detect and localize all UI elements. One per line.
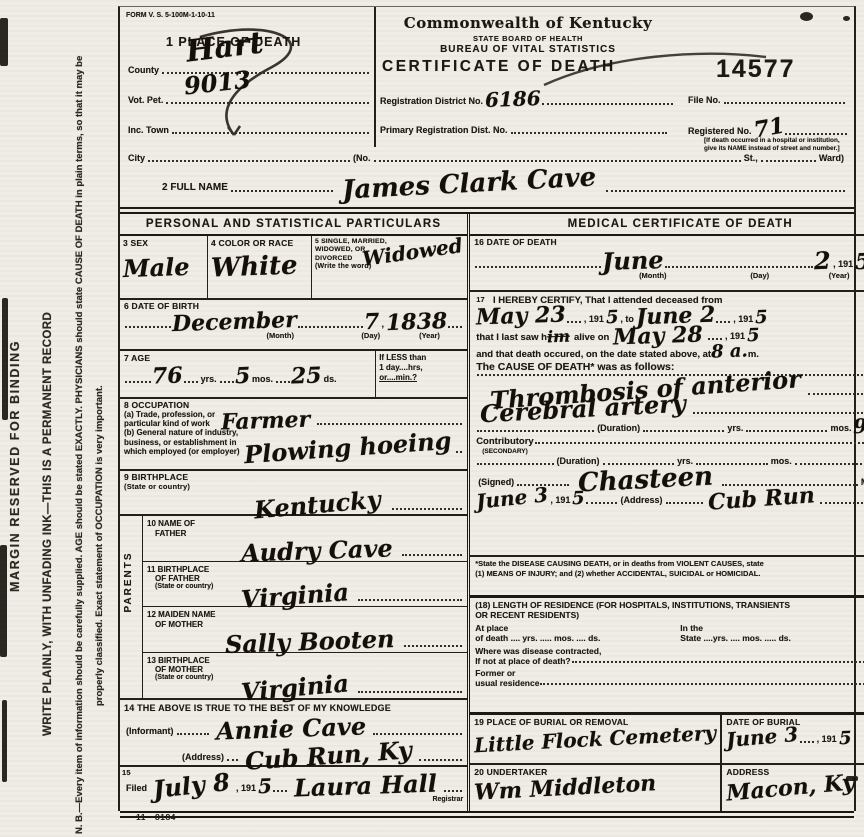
signed-date-handwriting: June 3	[475, 486, 549, 510]
duration-caption-2: (Duration)	[557, 456, 600, 466]
duration-mos-caption-2: mos.	[771, 456, 792, 466]
inc-town-label: Inc. Town	[128, 125, 169, 135]
city-line	[148, 160, 350, 162]
informant-field: (Informant) Annie Cave	[124, 719, 463, 737]
date-of-death-label: 16 DATE OF DEATH	[474, 237, 864, 247]
primary-registration-field: Primary Registration Dist. No.	[378, 125, 668, 137]
age-label: 7 AGE	[124, 353, 371, 363]
signed-year-handwriting: 5	[572, 491, 585, 507]
registrar-signature-handwriting: Laura Hall	[294, 774, 438, 799]
death-month-handwriting: June	[602, 250, 664, 273]
birth-day-handwriting: 7	[364, 312, 380, 331]
saw-label-2: alive on	[574, 332, 609, 343]
informant-address-field: (Address) Cub Run, Ky	[180, 746, 463, 764]
age-years-handwriting: 76	[152, 367, 183, 387]
disease-contracted-label-2: If not at place of death?	[475, 656, 570, 666]
birth-month-handwriting: December	[172, 310, 297, 333]
father-birthplace-label-2: OF FATHER	[155, 574, 213, 583]
full-name-handwriting: James Clark Cave	[342, 166, 597, 201]
certificate-form: FORM V. S. 5-100M-1-10-11 1 PLACE OF DEA…	[118, 6, 856, 811]
day-caption: (Day)	[361, 331, 380, 340]
mother-name-label-1: 12 MAIDEN NAME	[147, 610, 215, 619]
in-state-label-2: State	[680, 633, 701, 643]
parents-label: PARENTS	[123, 552, 134, 613]
filed-label: Filed	[126, 783, 147, 793]
bureau-subtitle: BUREAU OF VITAL STATISTICS	[378, 44, 678, 55]
informant-handwriting: Annie Cave	[216, 717, 367, 743]
contributory-line: Contributory	[476, 436, 864, 447]
occupation-a-label-1: (a) Trade, profession, or	[124, 410, 215, 419]
father-birthplace-handwriting: Virginia	[240, 582, 349, 610]
street-no-line	[374, 160, 741, 162]
length-of-residence-section: (18) LENGTH OF RESIDENCE (FOR HOSPITALS,…	[470, 598, 864, 715]
occupation-row: 8 OCCUPATION (a) Trade, profession, or p…	[120, 399, 467, 471]
occupation-b-label-2: business, or establishment in	[124, 438, 240, 447]
sex-cell: 3 SEX Male	[120, 236, 208, 298]
undertaker-handwriting: Wm Middleton	[474, 774, 657, 802]
file-no-line	[724, 102, 845, 104]
state-board-subtitle: STATE BOARD OF HEALTH	[378, 34, 678, 43]
city-label: City	[128, 153, 145, 163]
city-field: City (No. St., Ward)	[126, 153, 846, 165]
burial-row: 19 PLACE OF BURIAL OR REMOVAL Little Flo…	[470, 715, 864, 765]
signed-address-caption: (Address)	[620, 495, 662, 505]
occupation-b-label-3: which employed (or employer)	[124, 447, 240, 456]
death-day-handwriting: 2	[814, 251, 831, 272]
duration-yrs-caption: yrs.	[727, 423, 743, 433]
mother-birthplace-label-1: 13 BIRTHPLACE	[147, 656, 213, 665]
filed-year-handwriting: 5	[258, 777, 273, 794]
less-note-1: If LESS than	[379, 353, 464, 363]
form-code: FORM V. S. 5-100M-1-10-11	[126, 12, 215, 19]
at-place-label-1: At place	[475, 623, 680, 633]
undertaker-row: 20 UNDERTAKER Wm Middleton ADDRESS Macon…	[470, 765, 864, 811]
form-stock-number: 11—8184	[136, 812, 176, 822]
registration-district-label: Registration District No.	[380, 96, 483, 106]
died-m-label: m.	[748, 349, 759, 360]
county-handwriting: Hart	[185, 30, 265, 65]
died-label: and that death occured, on the date stat…	[476, 349, 711, 360]
certificate-title: CERTIFICATE OF DEATH	[382, 58, 616, 76]
birthplace-label: 9 BIRTHPLACE	[124, 472, 234, 482]
undertaker-address-cell: ADDRESS Macon, Ky	[722, 765, 864, 811]
registration-district-field: Registration District No. 6186	[378, 91, 674, 108]
occupation-a-handwriting: Farmer	[221, 410, 311, 432]
father-birthplace-row: 11 BIRTHPLACE OF FATHER (State or countr…	[143, 562, 467, 608]
mother-name-label-2: OF MOTHER	[155, 620, 215, 629]
date-of-birth-row: 6 DATE OF BIRTH December 7 , 1838 (Month…	[120, 300, 467, 352]
to-year-handwriting: 5	[755, 310, 768, 326]
undertaker-cell: 20 UNDERTAKER Wm Middleton	[470, 765, 722, 811]
filed-number: 15	[122, 768, 131, 777]
voting-precinct-line	[166, 102, 369, 104]
duration-mos-caption: mos.	[830, 423, 851, 433]
ds-caption: ds.	[324, 374, 337, 384]
informant-caption: (Informant)	[126, 726, 174, 736]
father-name-row: 10 NAME OF FATHER Audry Cave	[143, 516, 467, 562]
date-of-death-row: 16 DATE OF DEATH June 2 , 191 5 (Month) …	[470, 236, 864, 292]
from-year-printed: , 191	[584, 314, 604, 324]
parents-strip: PARENTS	[120, 516, 143, 698]
death-date-captions: (Month) (Day) (Year)	[474, 271, 864, 281]
mother-birthplace-row: 13 BIRTHPLACE OF MOTHER (State or countr…	[143, 653, 467, 698]
primary-registration-label: Primary Registration Dist. No.	[380, 125, 508, 135]
filed-row: 15 Filed July 8 , 191 5 Laura Hall Regis…	[120, 767, 467, 811]
cause-footnote: *State the DISEASE CAUSING DEATH, or in …	[470, 557, 864, 598]
occupation-a-label-2: particular kind of work	[124, 419, 215, 428]
occupation-b-handwriting: Plowing hoeing	[243, 430, 452, 465]
registration-district-line	[542, 103, 673, 105]
to-year-printed: , 191	[733, 314, 753, 324]
scan-artifact	[0, 18, 8, 66]
parents-section: PARENTS 10 NAME OF FATHER Audry Cave	[120, 516, 467, 700]
birth-year-printed: ,	[381, 319, 384, 329]
birth-year-handwriting: 1838	[386, 311, 448, 332]
county-label: County	[128, 65, 159, 75]
medical-certificate-header: MEDICAL CERTIFICATE OF DEATH	[470, 214, 864, 236]
mother-birthplace-sublabel: (State or country)	[155, 674, 213, 682]
inc-town-line	[172, 132, 369, 134]
voting-precinct-field: Vot. Pet.	[126, 95, 370, 107]
street-no-label: (No.	[353, 153, 371, 163]
undertaker-address-handwriting: Macon, Ky	[726, 773, 856, 803]
primary-registration-line	[511, 132, 667, 134]
former-residence-label-2: usual residence	[475, 678, 539, 688]
personal-particulars-header: PERSONAL AND STATISTICAL PARTICULARS	[120, 214, 467, 236]
mother-name-row: 12 MAIDEN NAME OF MOTHER Sally Booten	[143, 607, 467, 653]
signed-year-printed: , 191	[550, 495, 570, 505]
full-name-line-left	[231, 190, 334, 192]
less-note-2: 1 day....hrs,	[379, 363, 464, 373]
certification-section: 17 I HEREBY CERTIFY, That I attended dec…	[470, 292, 864, 557]
mother-birthplace-handwriting: Virginia	[240, 673, 349, 703]
certify-number: 17	[476, 295, 485, 304]
age-days-handwriting: 25	[291, 367, 322, 387]
less-than-one-day-box: If LESS than 1 day....hrs, or....min.?	[375, 351, 467, 397]
filed-year-printed: , 191	[236, 783, 256, 793]
death-year-caption: (Year)	[829, 271, 850, 280]
residence-label-1: (18) LENGTH OF RESIDENCE (FOR HOSPITALS,…	[475, 600, 864, 610]
contributory-label: Contributory	[476, 436, 534, 447]
age-row: 7 AGE 76 yrs. 5 mos. 25 ds.	[120, 351, 467, 399]
month-caption: (Month)	[266, 331, 293, 340]
certificate-number: 14577	[716, 55, 796, 84]
saw-him-handwriting: im	[547, 329, 570, 343]
voting-precinct-label: Vot. Pet.	[128, 95, 163, 105]
registered-no-line	[785, 133, 847, 135]
margin-nb-note-line2: properly classified. Exact statement of …	[94, 385, 105, 706]
footnote-line-1: *State the DISEASE CAUSING DEATH, or in …	[475, 559, 864, 569]
secondary-caption: (SECONDARY)	[482, 448, 864, 455]
filed-field: Filed July 8 , 191 5 Laura Hall	[124, 776, 463, 794]
place-of-burial-cell: 19 PLACE OF BURIAL OR REMOVAL Little Flo…	[470, 715, 722, 763]
age-line: 76 yrs. 5 mos. 25 ds.	[124, 367, 371, 386]
informant-row: 14 THE ABOVE IS TRUE TO THE BEST OF MY K…	[120, 700, 467, 767]
last-saw-alive-line: that I last saw h im alive on May 28 , 1…	[476, 327, 864, 344]
form-body: PERSONAL AND STATISTICAL PARTICULARS 3 S…	[120, 214, 854, 818]
date-of-burial-handwriting: June 3	[726, 726, 799, 749]
physician-signature-handwriting: Chasteen	[577, 466, 713, 495]
sex-race-marital-row: 3 SEX Male 4 COLOR OR RACE White 5 SINGL…	[120, 236, 467, 300]
registration-district-handwriting: 6186	[485, 90, 541, 109]
at-place-dots: .... yrs. ..... mos. .... ds.	[511, 633, 601, 643]
attended-from-handwriting: May 23	[476, 305, 566, 327]
death-year-printed: , 191	[833, 259, 853, 269]
father-birthplace-sublabel: (State or country)	[155, 583, 213, 591]
less-note-3: or....min.?	[379, 373, 464, 383]
scan-artifact	[2, 700, 7, 782]
place-of-burial-handwriting: Little Flock Cemetery	[474, 725, 717, 755]
scanned-death-certificate: MARGIN RESERVED FOR BINDING WRITE PLAINL…	[0, 0, 864, 837]
race-label: 4 COLOR OR RACE	[211, 238, 308, 248]
street-label: St.,	[744, 153, 758, 163]
full-name-field: 2 FULL NAME James Clark Cave	[126, 173, 846, 195]
duration-days-handwriting: 9	[853, 418, 864, 435]
file-no-label: File No.	[688, 95, 721, 105]
in-state-field: In the State ....yrs. .... mos. ..... ds…	[680, 623, 864, 643]
saw-label-1: that I last saw h	[476, 332, 547, 343]
father-name-label-2: FATHER	[155, 529, 195, 538]
burial-year-printed: , 191	[817, 734, 837, 744]
birthplace-row: 9 BIRTHPLACE (State or country) Kentucky	[120, 471, 467, 517]
header-divider	[374, 7, 376, 147]
birthplace-line: Kentucky	[234, 472, 463, 514]
informant-address-caption: (Address)	[182, 752, 224, 762]
date-of-burial-cell: DATE OF BURIAL June 3 , 191 5	[722, 715, 864, 763]
at-place-label-2: of death	[475, 633, 508, 643]
race-cell: 4 COLOR OR RACE White	[208, 236, 312, 298]
father-birthplace-label-1: 11 BIRTHPLACE	[147, 565, 213, 574]
in-state-label-1: In the	[680, 623, 864, 633]
margin-binding-note: MARGIN RESERVED FOR BINDING	[8, 340, 22, 592]
margin-nb-note-line1: N. B.—Every item of information should b…	[74, 56, 85, 834]
death-month-caption: (Month)	[639, 271, 666, 280]
father-name-label-1: 10 NAME OF	[147, 519, 195, 528]
registered-no-field: Registered No. 71	[686, 119, 848, 138]
disease-contracted-label-1: Where was disease contracted,	[475, 646, 864, 656]
mother-birthplace-label-2: OF MOTHER	[155, 665, 213, 674]
to-label: , to	[620, 314, 634, 324]
full-name-line-right	[606, 190, 845, 192]
saw-year-handwriting: 5	[747, 328, 760, 344]
at-place-of-death-field: At place of death .... yrs. ..... mos. .…	[475, 623, 680, 643]
hospital-note: [If death occurred in a hospital or inst…	[704, 137, 850, 153]
occupation-a-field: (a) Trade, profession, or particular kin…	[124, 410, 463, 428]
file-no-field: File No.	[686, 95, 846, 107]
scan-artifact	[0, 545, 7, 657]
registered-no-label: Registered No.	[688, 126, 752, 136]
death-day-caption: (Day)	[750, 271, 769, 280]
burial-year-handwriting: 5	[838, 730, 851, 746]
mother-name-handwriting: Sally Booten	[225, 629, 395, 655]
duration-caption: (Duration)	[597, 423, 640, 433]
father-name-handwriting: Audry Cave	[241, 538, 393, 564]
mos-caption: mos.	[252, 374, 273, 384]
yrs-caption: yrs.	[201, 374, 217, 384]
inc-town-field: Inc. Town	[126, 125, 370, 137]
ward-label: Ward)	[819, 153, 844, 163]
former-residence-label-1: Former or	[475, 668, 864, 678]
date-captions: (Month) (Day) (Year)	[124, 331, 463, 341]
year-caption: (Year)	[419, 331, 440, 340]
signed-caption: (Signed)	[478, 477, 514, 487]
commonwealth-title: Commonwealth of Kentucky	[378, 14, 678, 32]
filed-date-handwriting: July 8	[152, 772, 231, 800]
age-months-handwriting: 5	[234, 367, 250, 386]
in-state-dots: ....yrs. .... mos. ..... ds.	[703, 633, 790, 643]
sex-label: 3 SEX	[123, 238, 204, 248]
sex-handwriting: Male	[123, 257, 190, 280]
last-seen-date-handwriting: May 28	[613, 325, 703, 347]
cause-line-2: Cerebral artery	[476, 399, 864, 417]
informant-statement-label: 14 THE ABOVE IS TRUE TO THE BEST OF MY K…	[124, 703, 463, 713]
voting-precinct-handwriting: 9013	[183, 70, 252, 97]
form-header: FORM V. S. 5-100M-1-10-11 1 PLACE OF DEA…	[120, 7, 854, 214]
residence-label-2: OR RECENT RESIDENTS)	[475, 610, 864, 620]
full-name-label: 2 FULL NAME	[162, 182, 228, 193]
signed-address-handwriting: Cub Run	[708, 486, 816, 512]
street-line	[761, 160, 816, 162]
medical-certificate-column: MEDICAL CERTIFICATE OF DEATH 16 DATE OF …	[467, 214, 864, 811]
date-of-death-line: June 2 , 191 5	[474, 251, 864, 271]
marital-cell: 5 SINGLE, MARRIED, WIDOWED, OR DIVORCED …	[312, 236, 467, 298]
death-year-handwriting: 5	[855, 252, 864, 271]
footnote-line-2: (1) MEANS OF INJURY; and (2) whether ACC…	[475, 569, 864, 579]
race-handwriting: White	[211, 254, 298, 279]
date-of-birth-line: December 7 , 1838	[124, 313, 463, 332]
margin-write-plainly-note: WRITE PLAINLY, WITH UNFADING INK—THIS IS…	[42, 312, 54, 736]
birthplace-sublabel: (State or country)	[124, 482, 234, 491]
personal-particulars-column: PERSONAL AND STATISTICAL PARTICULARS 3 S…	[120, 214, 467, 811]
cause-of-death-intro: The CAUSE OF DEATH* was as follows:	[476, 361, 674, 373]
death-time-handwriting: 8 a.	[711, 344, 748, 361]
